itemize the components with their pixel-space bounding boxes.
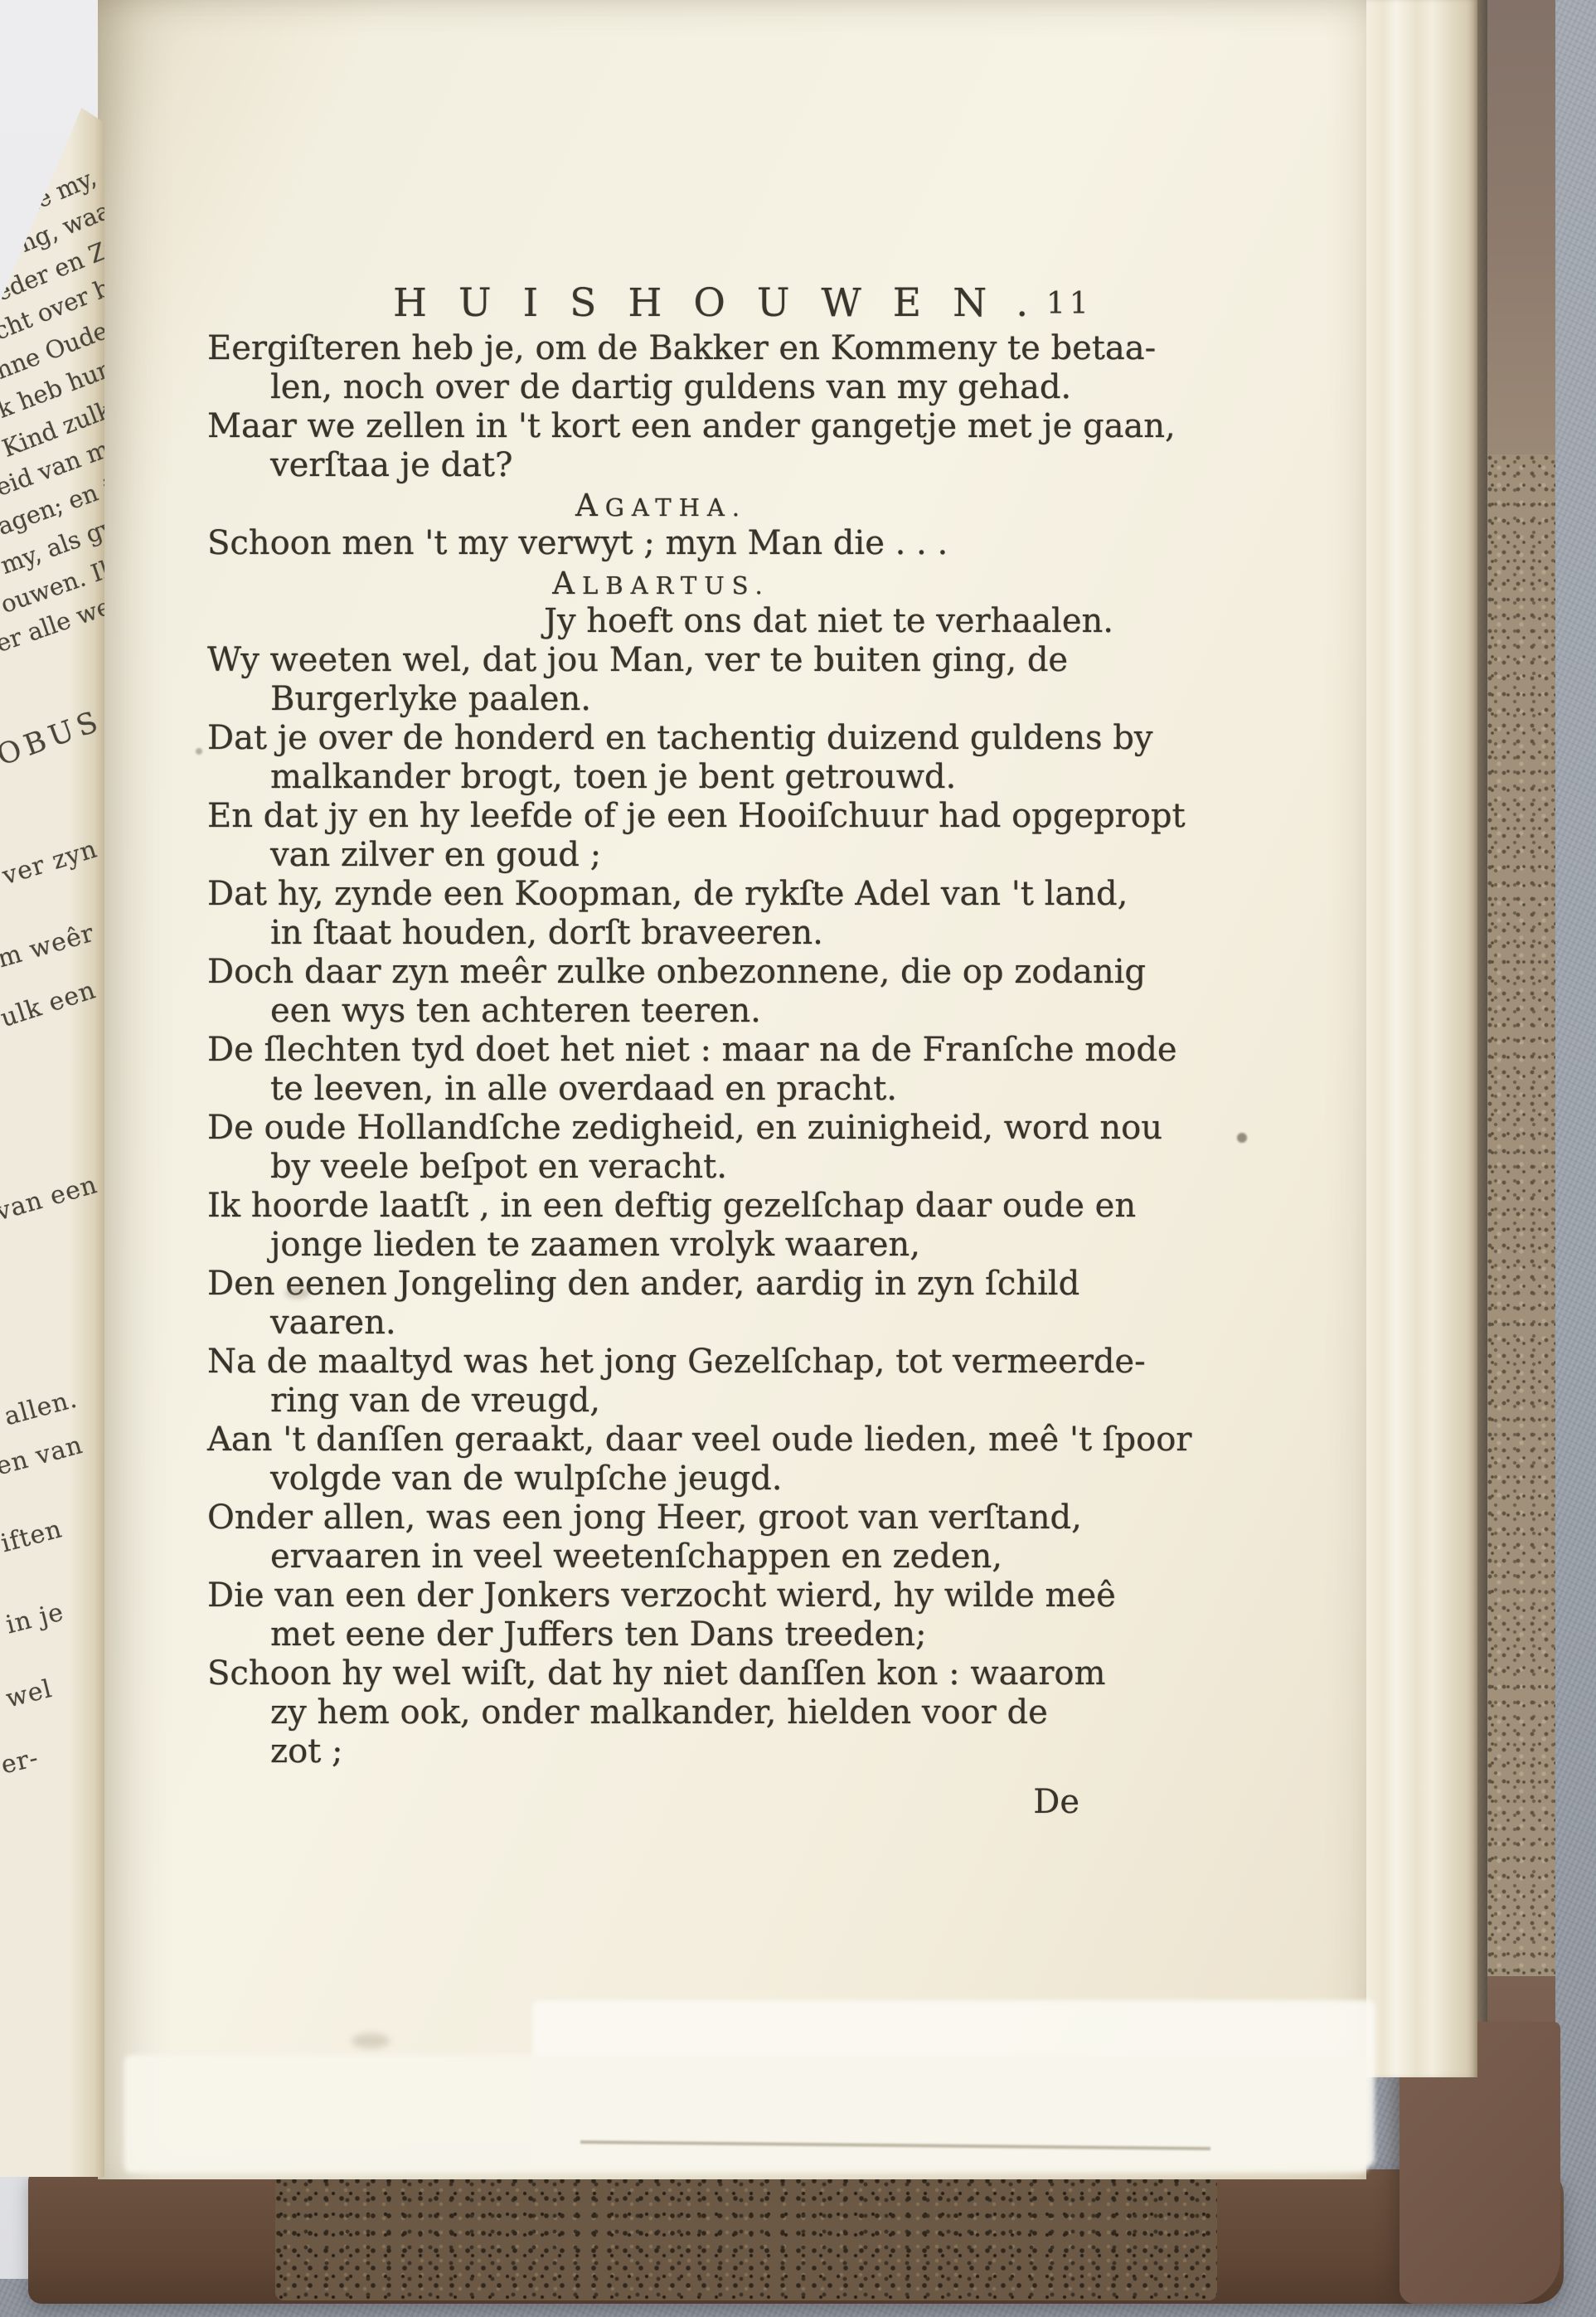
text-line: ring van de vreugd,: [207, 1382, 1115, 1421]
speaker-heading: AGATHA.: [207, 485, 1115, 524]
text-line: zy hem ook, onder malkander, hielden voo…: [207, 1693, 1115, 1732]
left-page-text-fragment: en van: [0, 1431, 86, 1481]
text-line: Schoon hy wel wiſt, dat hy niet danſſen …: [207, 1654, 1115, 1693]
dialogue-text-block: Eergiſteren heb je, om de Bakker en Komm…: [207, 329, 1115, 1771]
text-line: van zilver en goud ;: [207, 836, 1115, 875]
ink-speck: [196, 748, 202, 755]
text-line: Den eenen Jongeling den ander, aardig in…: [207, 1265, 1115, 1304]
text-line: Maar we zellen in 't kort een ander gang…: [207, 407, 1115, 446]
left-page-text-fragment: m weêr: [0, 919, 98, 974]
speaker-heading: ALBARTUS.: [207, 563, 1115, 602]
text-line: Burgerlyke paalen.: [207, 680, 1115, 719]
text-line: len, noch over de dartig guldens van my …: [207, 368, 1115, 407]
text-line: te leeven, in alle overdaad en pracht.: [207, 1070, 1115, 1109]
left-page-text-fragment: OBUS.: [0, 700, 104, 773]
text-line: Onder allen, was een jong Heer, groot va…: [207, 1499, 1115, 1537]
paper-smudge: [285, 1287, 310, 1299]
left-page-text-fragment: allen.: [1, 1384, 80, 1431]
book-cover-right-top: [1487, 0, 1555, 454]
text-line: verſtaa je dat?: [207, 446, 1115, 485]
text-line: ervaaren in veel weetenſchappen en zeden…: [207, 1537, 1115, 1576]
text-line: Na de maaltyd was het jong Gezelſchap, t…: [207, 1343, 1115, 1382]
ink-speck: [1237, 1133, 1247, 1143]
book-cover-right-marbled: [1487, 454, 1555, 1976]
text-line: Aan 't danſſen geraakt, daar veel oude l…: [207, 1421, 1115, 1460]
under-pages-edge: [124, 2055, 1368, 2173]
text-line: En dat jy en hy leefde of je een Hooiſch…: [207, 797, 1115, 836]
facing-page-edge: N, die my,rong, waareder en Zus-cht over…: [0, 108, 104, 2177]
page-number: 11: [1046, 287, 1093, 321]
running-title: HUISHOUWEN.: [393, 280, 1060, 326]
book-cover-bottom-marbled: [275, 2159, 1217, 2300]
text-line: Jy hoeft ons dat niet te verhaalen.: [207, 602, 1115, 641]
left-page-text-fragment: er-: [0, 1743, 41, 1780]
left-page-text-fragment: ulk een: [0, 975, 99, 1033]
text-line: zot ;: [207, 1732, 1115, 1771]
text-line: Doch daar zyn meêr zulke onbezonnene, di…: [207, 953, 1115, 992]
text-line: een wys ten achteren teeren.: [207, 992, 1115, 1031]
text-line: in ſtaat houden, dorſt braveeren.: [207, 914, 1115, 953]
text-line: Dat hy, zynde een Koopman, de rykſte Ade…: [207, 875, 1115, 914]
left-page-text-fragment: ver zyn: [0, 834, 101, 891]
text-line: malkander brogt, toen je bent getrouwd.: [207, 758, 1115, 797]
text-line: volgde van de wulpſche jeugd.: [207, 1460, 1115, 1499]
text-line: vaaren.: [207, 1304, 1115, 1343]
text-line: jonge lieden te zaamen vrolyk waaren,: [207, 1226, 1115, 1265]
text-line: by veele beſpot en veracht.: [207, 1148, 1115, 1187]
text-line: met eene der Juffers ten Dans treeden;: [207, 1615, 1115, 1654]
text-line: De ſlechten tyd doet het niet : maar na …: [207, 1031, 1115, 1070]
text-line: Eergiſteren heb je, om de Bakker en Komm…: [207, 329, 1115, 368]
photo-canvas: N, die my,rong, waareder en Zus-cht over…: [0, 0, 1596, 2317]
catchword: De: [962, 1783, 1079, 1821]
text-line: De oude Hollandſche zedigheid, en zuinig…: [207, 1109, 1115, 1148]
left-page-text-fragment: van een: [0, 1170, 100, 1227]
text-line: Ik hoorde laatſt , in een deftig gezelſc…: [207, 1187, 1115, 1226]
text-line: Schoon men 't my verwyt ; myn Man die . …: [207, 524, 1115, 563]
left-page-text-fragment: in je: [3, 1597, 67, 1639]
text-line: Dat je over de honderd en tachentig duiz…: [207, 719, 1115, 758]
paper-smudge: [352, 2033, 390, 2048]
page-fore-edge: [1365, 0, 1477, 2077]
left-page-text-fragment: wel: [3, 1674, 56, 1714]
left-page-text-fragment: iften: [0, 1514, 65, 1558]
text-line: Wy weeten wel, dat jou Man, ver te buite…: [207, 641, 1115, 680]
text-line: Die van een der Jonkers verzocht wierd, …: [207, 1576, 1115, 1615]
